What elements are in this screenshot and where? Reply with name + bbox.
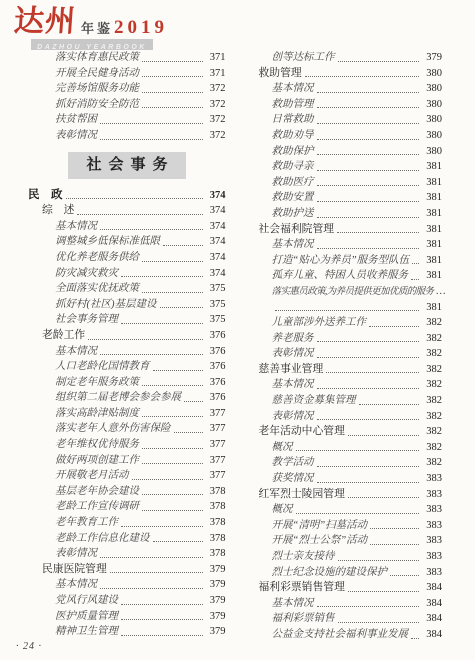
toc-page-number: 376: [206, 359, 226, 375]
toc-entry: 慈善事业管理382: [245, 362, 443, 378]
toc-page-number: 379: [206, 624, 226, 640]
dot-leader: [411, 638, 419, 639]
toc-entry: 基本情况374: [28, 219, 226, 235]
toc-entry-title: 制定老年服务政策: [55, 375, 139, 391]
dot-leader: [317, 248, 420, 249]
logo: 达州 年鉴 2019: [14, 7, 168, 37]
toc-page-number: 378: [206, 484, 226, 500]
toc-entry: 救助管理380: [245, 66, 443, 82]
toc-entry: 全面落实优抚政策375: [28, 281, 226, 297]
dot-leader: [160, 307, 203, 308]
dot-leader: [142, 292, 203, 293]
dot-leader: [370, 544, 419, 545]
dot-leader: [348, 591, 419, 592]
toc-list-right: 创等达标工作379救助管理380基本情况380救助管理380日常救助380救助劝…: [245, 50, 443, 643]
toc-entry-title: 基本情况: [55, 219, 97, 235]
toc-page-number: 374: [206, 203, 226, 219]
dot-leader: [317, 217, 420, 218]
dot-leader: [390, 575, 419, 576]
toc-entry: 社会福利院管理381: [245, 222, 443, 238]
toc-entry-title: 组织第二届老博会参会参展: [55, 390, 181, 406]
dot-leader: [77, 214, 202, 215]
toc-page-number: 377: [206, 421, 226, 437]
toc-page-number: 381: [422, 190, 442, 206]
dot-leader: [100, 557, 203, 558]
tagline-bar: DAZHOU YEARBOOK: [31, 39, 153, 50]
dot-leader: [348, 497, 419, 498]
toc-column-left: 落实体育惠民政策371开展全民健身活动371完善场馆服务功能372抓好消防安全防…: [28, 50, 226, 643]
toc-entry-title: 基本情况: [272, 596, 314, 612]
toc-entry: 基本情况380: [245, 81, 443, 97]
toc-page-number: 381: [422, 159, 442, 175]
toc-entry-title: 优化养老服务供给: [55, 250, 139, 266]
dot-leader: [142, 92, 203, 93]
toc-page-number: 375: [206, 312, 226, 328]
toc-page-number: 376: [206, 344, 226, 360]
toc-entry-title: 开展敬老月活动: [55, 468, 129, 484]
section-banner: 社会事务: [68, 152, 186, 179]
dot-leader: [338, 622, 420, 623]
toc-page-number: 384: [422, 580, 442, 596]
toc-list-left-top: 落实体育惠民政策371开展全民健身活动371完善场馆服务功能372抓好消防安全防…: [28, 50, 226, 144]
toc-entry-title: 基本情况: [272, 237, 314, 253]
toc-entry: 防灾减灾救灾374: [28, 266, 226, 282]
toc-page-number: 383: [422, 471, 442, 487]
dot-leader: [142, 61, 203, 62]
toc-entry-title: 福利彩票销售管理: [259, 580, 345, 596]
toc-entry-title: 民 政: [28, 188, 63, 204]
toc-page-number: 378: [206, 515, 226, 531]
toc-entry-title: 做好两项创建工作: [55, 453, 139, 469]
toc-entry-title: 落实老年人意外伤害保险: [55, 421, 171, 437]
toc-entry: 落实高龄津贴制度377: [28, 406, 226, 422]
toc-page-number: 372: [206, 97, 226, 113]
toc-entry-title: 完善场馆服务功能: [55, 81, 139, 97]
toc-entry-title: 精神卫生管理: [55, 624, 118, 640]
toc-entry-title: 党风行风建设: [55, 593, 118, 609]
dot-leader: [337, 232, 419, 233]
toc-entry: 民 政374: [28, 188, 226, 204]
toc-entry-title: 救助管理: [259, 66, 302, 82]
toc-entry: 抓好村(社区)基层建设375: [28, 297, 226, 313]
toc-entry-title: 救助保护: [272, 144, 314, 160]
toc-entry: 老年活动中心管理382: [245, 424, 443, 440]
toc-page-number: 382: [422, 315, 442, 331]
toc-entry-title: 教学活动: [272, 455, 314, 471]
dot-leader: [317, 341, 420, 342]
toc-page-number: 382: [422, 424, 442, 440]
dot-leader: [88, 339, 202, 340]
toc-entry: 开展全民健身活动371: [28, 66, 226, 82]
toc-page-number: 380: [422, 66, 442, 82]
dot-leader: [184, 401, 203, 402]
toc-entry-title: 调整城乡低保标准低限: [55, 234, 160, 250]
dot-leader: [317, 201, 420, 202]
toc-entry: 教学活动382: [245, 455, 443, 471]
toc-page-number: 382: [422, 393, 442, 409]
toc-entry-title: 烈士亲友接待: [272, 549, 335, 565]
toc-entry: 创等达标工作379: [245, 50, 443, 66]
toc-page-number: 382: [422, 331, 442, 347]
toc-page-number: 375: [206, 297, 226, 313]
toc-entry-title: 红军烈士陵园管理: [259, 487, 345, 503]
dot-leader: [142, 76, 203, 77]
toc-entry: 老龄工作宣传调研378: [28, 499, 226, 515]
toc-entry: 老年维权优待服务377: [28, 437, 226, 453]
toc-entry: 扶贫帮困372: [28, 112, 226, 128]
toc-entry: 福利彩票销售384: [245, 611, 443, 627]
dot-leader: [100, 123, 203, 124]
toc-page-number: 382: [422, 455, 442, 471]
dot-leader: [317, 482, 420, 483]
dot-leader: [317, 107, 420, 108]
dot-leader: [142, 463, 203, 464]
toc-page-number: 377: [206, 453, 226, 469]
dot-leader: [296, 450, 420, 451]
toc-entry: 救助劝导380: [245, 128, 443, 144]
toc-page-number: 383: [422, 487, 442, 503]
toc-entry: 基层老年协会建设378: [28, 484, 226, 500]
dot-leader: [275, 310, 420, 311]
toc-page-number: 380: [422, 128, 442, 144]
toc-entry-title: 养老服务: [272, 331, 314, 347]
toc-entry: 基本情况379: [28, 577, 226, 593]
toc-page-number: 379: [206, 577, 226, 593]
toc-page-number: 371: [206, 66, 226, 82]
toc-entry: 救助安置381: [245, 190, 443, 206]
toc-entry-title: 医护质量管理: [55, 609, 118, 625]
toc-entry: 完善场馆服务功能372: [28, 81, 226, 97]
toc-page-number: 381: [422, 253, 442, 269]
toc-entry: 落实体育惠民政策371: [28, 50, 226, 66]
toc-page-number: 372: [206, 112, 226, 128]
toc-entry: 表彰情况382: [245, 346, 443, 362]
toc-columns: 落实体育惠民政策371开展全民健身活动371完善场馆服务功能372抓好消防安全防…: [28, 50, 442, 643]
toc-page-number: 384: [422, 596, 442, 612]
toc-page-number: 382: [422, 346, 442, 362]
dot-leader: [121, 635, 203, 636]
toc-entry-title: 福利彩票销售: [272, 611, 335, 627]
dot-leader: [317, 139, 420, 140]
toc-entry-title: 民康医院管理: [42, 562, 107, 578]
toc-entry-title: 落实体育惠民政策: [55, 50, 139, 66]
toc-entry-title: 抓好消防安全防范: [55, 97, 139, 113]
toc-entry-title: 扶贫帮困: [55, 112, 97, 128]
toc-entry: 福利彩票销售管理384: [245, 580, 443, 596]
dot-leader: [326, 372, 419, 373]
dot-leader: [317, 466, 420, 467]
toc-entry: 慈善资金募集管理382: [245, 393, 443, 409]
dot-leader: [100, 354, 203, 355]
dot-leader: [142, 385, 203, 386]
toc-entry: 综 述374: [28, 203, 226, 219]
toc-entry-title: 老年教育工作: [55, 515, 118, 531]
continuation-ellipsis: …: [436, 284, 445, 300]
toc-entry-title: 落实高龄津贴制度: [55, 406, 139, 422]
toc-entry: 人口老龄化国情教育376: [28, 359, 226, 375]
toc-page-number: 380: [422, 144, 442, 160]
dot-leader: [174, 432, 203, 433]
toc-page-number: 378: [206, 546, 226, 562]
toc-page-number: 376: [206, 375, 226, 391]
dot-leader: [317, 170, 420, 171]
dot-leader: [142, 261, 203, 262]
dot-leader: [121, 323, 203, 324]
toc-entry: 表彰情况372: [28, 128, 226, 144]
toc-entry-title: 基本情况: [272, 377, 314, 393]
dot-leader: [317, 123, 420, 124]
toc-entry: 基本情况381: [245, 237, 443, 253]
dot-leader: [348, 435, 419, 436]
toc-page-number: 372: [206, 81, 226, 97]
dot-leader: [163, 245, 203, 246]
toc-entry-title: 基层老年协会建设: [55, 484, 139, 500]
toc-entry-title: 救助安置: [272, 190, 314, 206]
toc-entry: 优化养老服务供给374: [28, 250, 226, 266]
dot-leader: [121, 619, 203, 620]
toc-entry-title: 开展“清明”扫墓活动: [272, 518, 368, 534]
toc-entry-title: 救助医疗: [272, 175, 314, 191]
toc-entry-title: 概况: [272, 440, 293, 456]
dot-leader: [100, 588, 203, 589]
brand-logo: 达州: [13, 7, 77, 37]
toc-entry: 红军烈士陵园管理383: [245, 487, 443, 503]
toc-entry: 党风行风建设379: [28, 593, 226, 609]
toc-entry: 救助医疗381: [245, 175, 443, 191]
toc-entry-title: 公益金支持社会福利事业发展: [272, 627, 409, 643]
toc-page-number: 379: [206, 593, 226, 609]
toc-entry-title: 慈善事业管理: [259, 362, 324, 378]
dot-leader: [317, 419, 420, 420]
toc-entry-title: 落实惠员政策,为养员提供更加优质的服务: [272, 284, 434, 300]
dot-leader: [338, 61, 420, 62]
toc-entry: 落实惠员政策,为养员提供更加优质的服务…: [245, 284, 443, 300]
toc-entry: 老年教育工作378: [28, 515, 226, 531]
dot-leader: [110, 572, 203, 573]
toc-entry-title: 防灾减灾救灾: [55, 266, 118, 282]
toc-page-number: 378: [206, 531, 226, 547]
toc-entry: 救助护送381: [245, 206, 443, 222]
toc-page-number: 381: [422, 206, 442, 222]
toc-page-number: 384: [422, 627, 442, 643]
dot-leader: [317, 606, 420, 607]
toc-entry: 381: [245, 300, 443, 316]
toc-entry: 社会事务管理375: [28, 312, 226, 328]
dot-leader: [142, 416, 203, 417]
toc-entry: 养老服务382: [245, 331, 443, 347]
toc-entry: 公益金支持社会福利事业发展384: [245, 627, 443, 643]
toc-entry-title: 老龄工作信息化建设: [55, 531, 150, 547]
toc-page-number: 381: [422, 175, 442, 191]
toc-entry: 孤弃儿童、特困人员收养服务381: [245, 268, 443, 284]
dot-leader: [305, 76, 419, 77]
toc-entry: 民康医院管理379: [28, 562, 226, 578]
toc-page-number: 382: [422, 377, 442, 393]
toc-entry-title: 社会事务管理: [55, 312, 118, 328]
dot-leader: [121, 276, 203, 277]
toc-entry: 抓好消防安全防范372: [28, 97, 226, 113]
toc-entry-title: 获奖情况: [272, 471, 314, 487]
toc-entry-title: 创等达标工作: [272, 50, 335, 66]
dot-leader: [317, 92, 420, 93]
toc-page-number: 377: [206, 468, 226, 484]
toc-page-number: 383: [422, 518, 442, 534]
dot-leader: [296, 513, 420, 514]
toc-entry-title: 救助护送: [272, 206, 314, 222]
toc-list-left-bottom: 民 政374综 述374基本情况374调整城乡低保标准低限374优化养老服务供给…: [28, 188, 226, 640]
toc-page-number: 374: [206, 219, 226, 235]
toc-page-number: 381: [422, 237, 442, 253]
toc-entry: 概况382: [245, 440, 443, 456]
toc-page-number: 382: [422, 409, 442, 425]
toc-page-number: 374: [206, 266, 226, 282]
toc-entry-title: 概况: [272, 502, 293, 518]
toc-entry: 救助寻亲381: [245, 159, 443, 175]
toc-entry: 调整城乡低保标准低限374: [28, 234, 226, 250]
dot-leader: [142, 448, 203, 449]
dot-leader: [153, 541, 203, 542]
brand-year: 2019: [114, 18, 168, 37]
toc-page-number: 372: [206, 128, 226, 144]
toc-entry-title: 全面落实优抚政策: [55, 281, 139, 297]
toc-entry: 表彰情况382: [245, 409, 443, 425]
dot-leader: [100, 229, 203, 230]
dot-leader: [317, 357, 420, 358]
toc-entry: 基本情况384: [245, 596, 443, 612]
toc-entry: 烈士亲友接待383: [245, 549, 443, 565]
toc-entry: 表彰情况378: [28, 546, 226, 562]
toc-entry-title: 老年维权优待服务: [55, 437, 139, 453]
toc-entry-title: 开展全民健身活动: [55, 66, 139, 82]
toc-entry-title: 基本情况: [55, 344, 97, 360]
dot-leader: [100, 139, 203, 140]
toc-page-number: 384: [422, 611, 442, 627]
toc-entry-title: 日常救助: [272, 112, 314, 128]
dot-leader: [412, 263, 419, 264]
toc-entry-title: 儿童部涉外送养工作: [272, 315, 367, 331]
toc-entry: 制定老年服务政策376: [28, 375, 226, 391]
toc-entry: 组织第二届老博会参会参展376: [28, 390, 226, 406]
toc-page-number: 376: [206, 390, 226, 406]
toc-entry: 基本情况382: [245, 377, 443, 393]
toc-entry-title: 开展“烈士公祭”活动: [272, 533, 368, 549]
dot-leader: [132, 479, 203, 480]
toc-entry-title: 表彰情况: [55, 128, 97, 144]
toc-page-number: 377: [206, 406, 226, 422]
toc-page-number: 380: [422, 97, 442, 113]
toc-page-number: 382: [422, 362, 442, 378]
dot-leader: [142, 510, 203, 511]
toc-entry: 基本情况376: [28, 344, 226, 360]
dot-leader: [369, 326, 419, 327]
toc-entry-title: 抓好村(社区)基层建设: [55, 297, 157, 313]
toc-entry-title: 慈善资金募集管理: [272, 393, 356, 409]
toc-entry: 开展“烈士公祭”活动383: [245, 533, 443, 549]
toc-entry: 概况383: [245, 502, 443, 518]
toc-entry: 开展“清明”扫墓活动383: [245, 518, 443, 534]
dot-leader: [317, 185, 420, 186]
toc-page-number: 379: [206, 562, 226, 578]
toc-page-number: 378: [206, 499, 226, 515]
toc-entry-title: 基本情况: [272, 81, 314, 97]
toc-entry-title: 烈士纪念设施的建设保护: [272, 565, 388, 581]
toc-entry: 落实老年人意外伤害保险377: [28, 421, 226, 437]
toc-page-number: 374: [206, 188, 226, 204]
toc-entry-title: 表彰情况: [272, 409, 314, 425]
dot-leader: [411, 279, 419, 280]
dot-leader: [317, 388, 420, 389]
toc-page-number: 374: [206, 250, 226, 266]
toc-entry-title: 老龄工作宣传调研: [55, 499, 139, 515]
toc-entry-title: 老龄工作: [42, 328, 85, 344]
folio-page-number: · 24 ·: [16, 641, 42, 652]
toc-page-number: 371: [206, 50, 226, 66]
toc-entry: 做好两项创建工作377: [28, 453, 226, 469]
toc-entry-title: 综 述: [42, 203, 74, 219]
toc-page-number: 376: [206, 328, 226, 344]
dot-leader: [121, 526, 203, 527]
toc-page-number: 381: [422, 268, 442, 284]
dot-leader: [370, 528, 419, 529]
toc-page-number: 381: [422, 300, 442, 316]
toc-page-number: 383: [422, 533, 442, 549]
toc-entry: 老龄工作376: [28, 328, 226, 344]
dot-leader: [317, 154, 420, 155]
toc-entry-title: 表彰情况: [272, 346, 314, 362]
toc-entry-title: 基本情况: [55, 577, 97, 593]
toc-page-number: 379: [422, 50, 442, 66]
toc-entry: 救助保护380: [245, 144, 443, 160]
toc-entry: 烈士纪念设施的建设保护383: [245, 565, 443, 581]
dot-leader: [121, 604, 203, 605]
toc-entry: 精神卫生管理379: [28, 624, 226, 640]
toc-entry-title: 孤弃儿童、特困人员收养服务: [272, 268, 409, 284]
toc-page-number: 381: [422, 222, 442, 238]
toc-entry-title: 打造“贴心为养员”服务型队伍: [272, 253, 410, 269]
toc-page-number: 379: [206, 609, 226, 625]
toc-entry: 获奖情况383: [245, 471, 443, 487]
toc-entry: 儿童部涉外送养工作382: [245, 315, 443, 331]
toc-entry: 打造“贴心为养员”服务型队伍381: [245, 253, 443, 269]
toc-entry-title: 救助寻亲: [272, 159, 314, 175]
toc-entry: 老龄工作信息化建设378: [28, 531, 226, 547]
toc-entry-title: 老年活动中心管理: [259, 424, 345, 440]
toc-page-number: 383: [422, 502, 442, 518]
brand-type-label: 年鉴: [81, 22, 113, 35]
toc-entry: 日常救助380: [245, 112, 443, 128]
toc-page-number: 380: [422, 81, 442, 97]
toc-page-number: 383: [422, 549, 442, 565]
toc-entry-title: 人口老龄化国情教育: [55, 359, 150, 375]
toc-entry-title: 救助劝导: [272, 128, 314, 144]
toc-column-right: 创等达标工作379救助管理380基本情况380救助管理380日常救助380救助劝…: [245, 50, 443, 643]
dot-leader: [142, 107, 203, 108]
dot-leader: [359, 404, 420, 405]
toc-page-number: 382: [422, 440, 442, 456]
masthead: 达州 年鉴 2019 DAZHOU YEARBOOK: [14, 7, 168, 50]
toc-entry: 救助管理380: [245, 97, 443, 113]
dot-leader: [66, 198, 203, 199]
toc-entry-title: 救助管理: [272, 97, 314, 113]
toc-page-number: 374: [206, 234, 226, 250]
toc-page-number: 383: [422, 565, 442, 581]
dot-leader: [142, 494, 203, 495]
toc-entry: 医护质量管理379: [28, 609, 226, 625]
toc-page-number: 377: [206, 437, 226, 453]
dot-leader: [338, 560, 420, 561]
toc-entry-title: 表彰情况: [55, 546, 97, 562]
toc-page-number: 380: [422, 112, 442, 128]
